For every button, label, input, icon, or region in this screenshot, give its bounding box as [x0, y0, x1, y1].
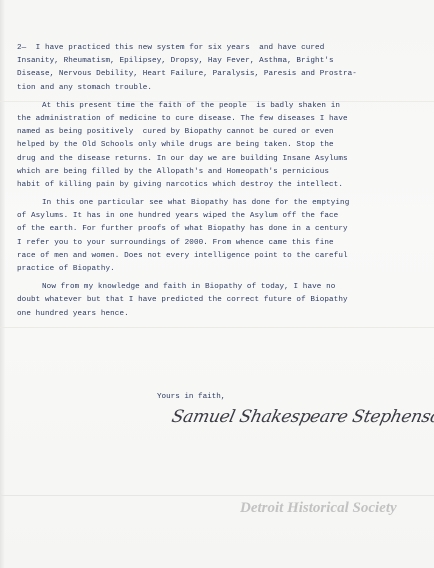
text-line: practice of Biopathy. — [17, 263, 417, 276]
paragraph-4: Now from my knowledge and faith in Biopa… — [17, 281, 417, 321]
text-line: I refer you to your surroundings of 2000… — [17, 237, 417, 250]
text-line: the administration of medicine to cure d… — [17, 113, 417, 126]
text-line: tion and any stomach trouble. — [17, 82, 417, 95]
text-line: which are being filled by the Allopath's… — [17, 166, 417, 179]
text-line: 2— I have practiced this new system for … — [17, 42, 417, 55]
text-line: one hundred years hence. — [17, 308, 417, 321]
paragraph-2: At this present time the faith of the pe… — [17, 100, 417, 192]
text-line: drug and the disease returns. In our day… — [17, 153, 417, 166]
text-line: of Asylums. It has in one hundred years … — [17, 210, 417, 223]
text-line: Disease, Nervous Debility, Heart Failure… — [17, 68, 417, 81]
text-line: doubt whatever but that I have predicted… — [17, 294, 417, 307]
watermark-text: Detroit Historical Society — [240, 500, 397, 517]
handwritten-signature: Samuel Shakespeare Stephenson M.D. — [170, 407, 434, 427]
paragraph-1: 2— I have practiced this new system for … — [17, 42, 417, 95]
paper-fold-line — [0, 327, 434, 328]
text-line: Now from my knowledge and faith in Biopa… — [17, 281, 417, 294]
letter-body: 2— I have practiced this new system for … — [17, 42, 417, 321]
text-line: At this present time the faith of the pe… — [17, 100, 417, 113]
text-line: Insanity, Rheumatism, Epilipsey, Dropsy,… — [17, 55, 417, 68]
closing-salutation: Yours in faith, — [157, 393, 225, 401]
text-line: habit of killing pain by giving narcotic… — [17, 179, 417, 192]
text-line: of the earth. For further proofs of what… — [17, 223, 417, 236]
letter-page: 2— I have practiced this new system for … — [0, 0, 434, 568]
text-line: In this one particular see what Biopathy… — [17, 197, 417, 210]
paper-fold-line — [0, 495, 434, 496]
paragraph-3: In this one particular see what Biopathy… — [17, 197, 417, 276]
page-edge-shadow — [0, 0, 5, 568]
text-line: race of men and women. Does not every in… — [17, 250, 417, 263]
text-line: named as being positively cured by Biopa… — [17, 126, 417, 139]
text-line: helped by the Old Schools only while dru… — [17, 139, 417, 152]
